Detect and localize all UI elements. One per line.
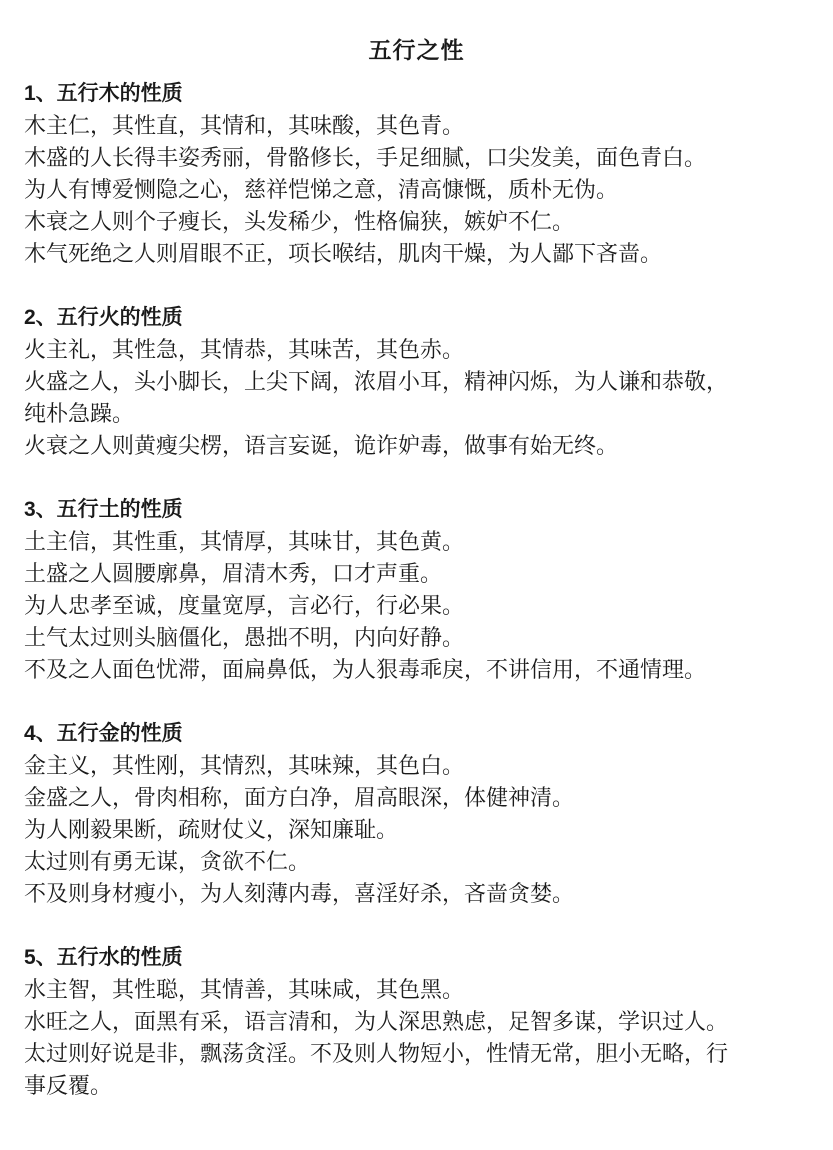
text-line: 不及之人面色忧滞，面扁鼻低，为人狠毒乖戾，不讲信用，不通情理。 [24, 654, 809, 686]
text-line: 不及则身材瘦小，为人刻薄内毒，喜淫好杀，吝啬贪婪。 [24, 878, 809, 910]
text-line: 木主仁，其性直，其情和，其味酸，其色青。 [24, 110, 809, 142]
text-line: 火盛之人，头小脚长，上尖下阔，浓眉小耳，精神闪烁，为人谦和恭敬， [24, 366, 809, 398]
text-line: 太过则好说是非，飘荡贪淫。不及则人物短小，性情无常，胆小无略，行 [24, 1038, 809, 1070]
text-line: 火主礼，其性急，其情恭，其味苦，其色赤。 [24, 334, 809, 366]
section-heading: 3、五行土的性质 [24, 494, 809, 526]
text-line: 木衰之人则个子瘦长，头发稀少，性格偏狭，嫉妒不仁。 [24, 206, 809, 238]
text-line: 为人刚毅果断，疏财仗义，深知廉耻。 [24, 814, 809, 846]
section-water: 5、五行水的性质 水主智，其性聪，其情善，其味咸，其色黑。 水旺之人，面黑有采，… [24, 942, 809, 1102]
document-page: 五行之性 1、五行木的性质 木主仁，其性直，其情和，其味酸，其色青。 木盛的人长… [0, 0, 833, 1150]
section-heading: 4、五行金的性质 [24, 718, 809, 750]
section-fire: 2、五行火的性质 火主礼，其性急，其情恭，其味苦，其色赤。 火盛之人，头小脚长，… [24, 302, 809, 462]
text-line: 为人忠孝至诚，度量宽厚，言必行，行必果。 [24, 590, 809, 622]
text-line: 土主信，其性重，其情厚，其味甘，其色黄。 [24, 526, 809, 558]
section-earth: 3、五行土的性质 土主信，其性重，其情厚，其味甘，其色黄。 土盛之人圆腰廓鼻，眉… [24, 494, 809, 686]
text-line: 为人有博爱恻隐之心，慈祥恺悌之意，清高慷慨，质朴无伪。 [24, 174, 809, 206]
text-line: 火衰之人则黄瘦尖楞，语言妄诞，诡诈妒毒，做事有始无终。 [24, 430, 809, 462]
section-metal: 4、五行金的性质 金主义，其性刚，其情烈，其味辣，其色白。 金盛之人，骨肉相称，… [24, 718, 809, 910]
text-line: 木气死绝之人则眉眼不正，项长喉结，肌肉干燥，为人鄙下吝啬。 [24, 238, 809, 270]
text-line: 水主智，其性聪，其情善，其味咸，其色黑。 [24, 974, 809, 1006]
text-line: 木盛的人长得丰姿秀丽，骨骼修长，手足细腻，口尖发美，面色青白。 [24, 142, 809, 174]
section-heading: 2、五行火的性质 [24, 302, 809, 334]
section-heading: 1、五行木的性质 [24, 78, 809, 110]
text-line: 纯朴急躁。 [24, 398, 809, 430]
document-title: 五行之性 [24, 36, 809, 64]
text-line: 土气太过则头脑僵化，愚拙不明，内向好静。 [24, 622, 809, 654]
section-wood: 1、五行木的性质 木主仁，其性直，其情和，其味酸，其色青。 木盛的人长得丰姿秀丽… [24, 78, 809, 270]
text-line: 土盛之人圆腰廓鼻，眉清木秀，口才声重。 [24, 558, 809, 590]
text-line: 金主义，其性刚，其情烈，其味辣，其色白。 [24, 750, 809, 782]
text-line: 水旺之人，面黑有采，语言清和，为人深思熟虑，足智多谋，学识过人。 [24, 1006, 809, 1038]
text-line: 金盛之人，骨肉相称，面方白净，眉高眼深，体健神清。 [24, 782, 809, 814]
text-line: 事反覆。 [24, 1070, 809, 1102]
section-heading: 5、五行水的性质 [24, 942, 809, 974]
text-line: 太过则有勇无谋，贪欲不仁。 [24, 846, 809, 878]
